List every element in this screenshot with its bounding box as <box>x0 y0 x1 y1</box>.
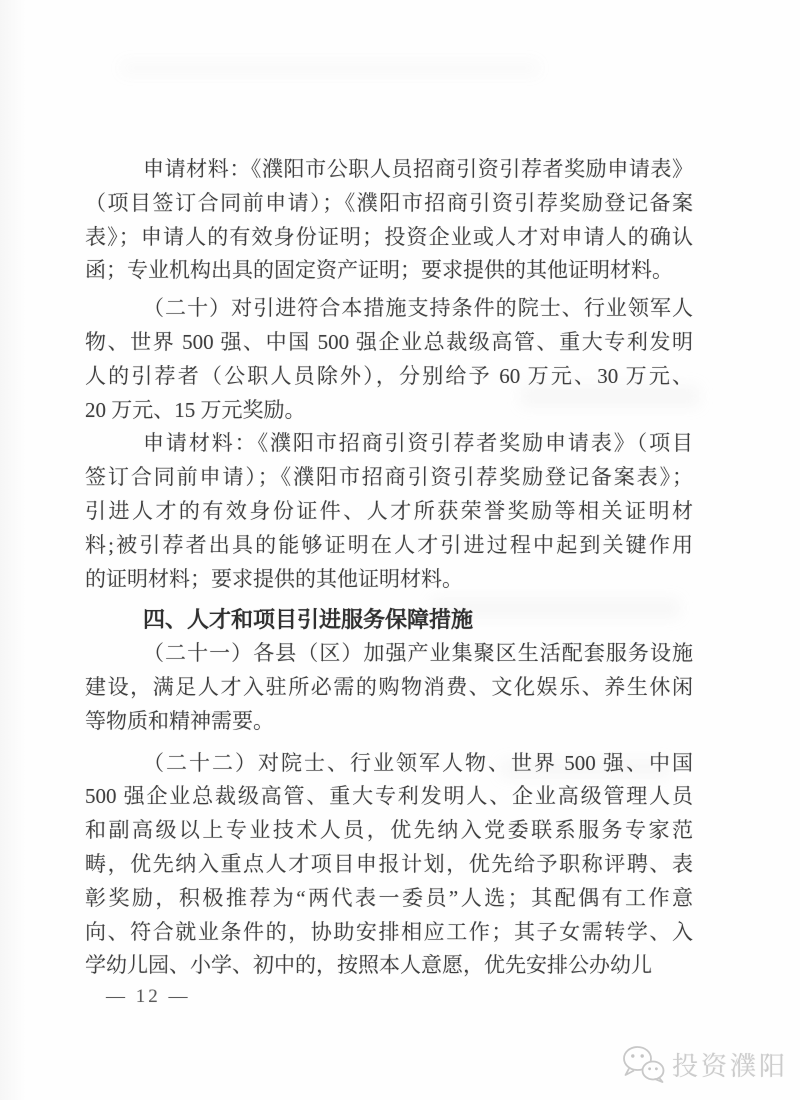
text-line: 表》；申请人的有效身份证明；投资企业或人才对申请人的确认 <box>85 221 693 255</box>
text-line: 和副高级以上专业技术人员，优先纳入党委联系服务专家范 <box>85 814 693 848</box>
document-body: 申请材料：《濮阳市公职人员招商引资引荐者奖励申请表》（项目签订合同前申请）；《濮… <box>85 153 693 983</box>
text-line: （项目签订合同前申请）；《濮阳市招商引资引荐奖励登记备案 <box>85 187 693 221</box>
text-line: （二十一）各县（区）加强产业集聚区生活配套服务设施 <box>85 637 693 671</box>
paragraph: 申请材料：《濮阳市公职人员招商引资引荐者奖励申请表》（项目签订合同前申请）；《濮… <box>85 153 693 288</box>
text-line: 20 万元、15 万元奖励。 <box>85 394 693 428</box>
text-line: 彰奖励，积极推荐为“两代表一委员”人选；其配偶有工作意 <box>85 882 693 916</box>
text-line: 申请材料：《濮阳市公职人员招商引资引荐者奖励申请表》 <box>85 153 693 187</box>
text-line: 学幼儿园、小学、初中的，按照本人意愿，优先安排公办幼儿 <box>85 949 693 983</box>
text-line: 畴，优先纳入重点人才项目申报计划，优先给予职称评聘、表 <box>85 848 693 882</box>
text-line: 申请材料：《濮阳市招商引资引荐者奖励申请表》（项目 <box>85 427 693 461</box>
scan-edge-shadow <box>0 0 26 1100</box>
text-line: 建设，满足人才入驻所必需的购物消费、文化娱乐、养生休闲 <box>85 671 693 705</box>
text-line: 人的引荐者（公职人员除外），分别给予 60 万元、30 万元、 <box>85 360 693 394</box>
text-line: 函；专业机构出具的固定资产证明；要求提供的其他证明材料。 <box>85 254 693 288</box>
scanned-document-page: 申请材料：《濮阳市公职人员招商引资引荐者奖励申请表》（项目签订合同前申请）；《濮… <box>0 0 800 1100</box>
text-line: 引进人才的有效身份证件、人才所获荣誉奖励等相关证明材 <box>85 495 693 529</box>
paragraph: （二十二）对院士、行业领军人物、世界 500 强、中国500 强企业总裁级高管、… <box>85 747 693 984</box>
wechat-icon <box>621 1044 667 1084</box>
text-line: 向、符合就业条件的，协助安排相应工作；其子女需转学、入 <box>85 916 693 950</box>
paragraph: （二十）对引进符合本措施支持条件的院士、行业领军人物、世界 500 强、中国 5… <box>85 292 693 427</box>
section-heading: 四、人才和项目引进服务保障措施 <box>85 603 693 637</box>
paragraph: 申请材料：《濮阳市招商引资引荐者奖励申请表》（项目签订合同前申请）；《濮阳市招商… <box>85 427 693 596</box>
paragraph: （二十一）各县（区）加强产业集聚区生活配套服务设施建设，满足人才入驻所必需的购物… <box>85 637 693 738</box>
text-line: 500 强企业总裁级高管、重大专利发明人、企业高级管理人员 <box>85 780 693 814</box>
text-line: 四、人才和项目引进服务保障措施 <box>85 603 693 637</box>
page-number: — 12 — <box>106 986 191 1008</box>
text-line: 等物质和精神需要。 <box>85 705 693 739</box>
scan-artifact <box>120 60 540 76</box>
text-line: 的证明材料；要求提供的其他证明材料。 <box>85 563 693 597</box>
text-line: 料;被引荐者出具的能够证明在人才引进过程中起到关键作用 <box>85 529 693 563</box>
watermark-label: 投资濮阳 <box>672 1046 788 1083</box>
text-line: 物、世界 500 强、中国 500 强企业总裁级高管、重大专利发明 <box>85 326 693 360</box>
text-line: （二十二）对院士、行业领军人物、世界 500 强、中国 <box>85 747 693 781</box>
text-line: （二十）对引进符合本措施支持条件的院士、行业领军人 <box>85 292 693 326</box>
text-line: 签订合同前申请）；《濮阳市招商引资引荐奖励登记备案表》； <box>85 461 693 495</box>
source-watermark: 投资濮阳 <box>621 1044 788 1084</box>
